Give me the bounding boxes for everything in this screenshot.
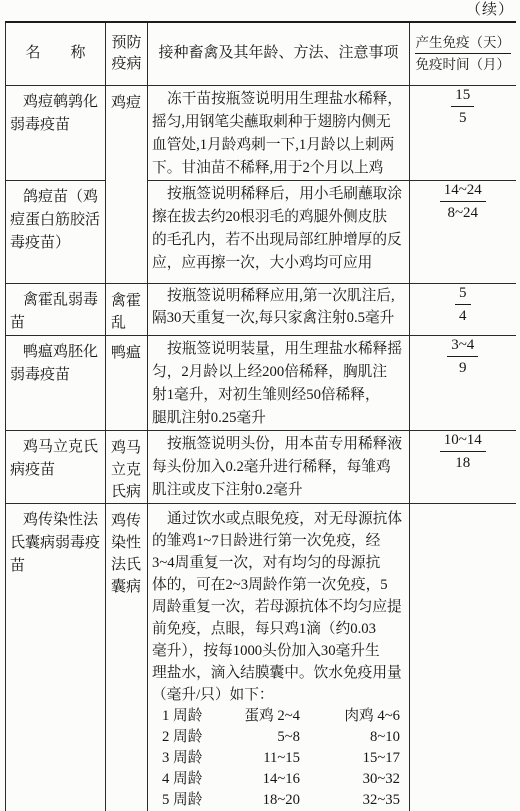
dosage-broiler-value: 肉鸡 4~6 (300, 706, 400, 727)
table-row: 鸽痘苗（鸡 痘蛋白筋胶活 毒疫苗） 按瓶签说明稀释后，用小毛刷蘸取涂 擦在拔去约… (6, 180, 516, 283)
dosage-layer-value: 蛋鸡 2~4 (226, 706, 300, 727)
immunity-months: 8~24 (440, 202, 486, 222)
vaccine-name: 鸡传染性法 氏囊病弱毒疫 苗 (6, 504, 105, 578)
disease-name: 鸭瘟 (106, 336, 147, 364)
dosage-table: 1 周龄 蛋鸡 2~4 肉鸡 4~6 2 周龄 5~8 8~10 3 周龄 11… (148, 706, 409, 811)
immunity-days: 15 (451, 86, 474, 107)
disease-name: 鸡马立克氏病 (106, 431, 147, 503)
method-cell: 按瓶签说明稀释应用,第一次肌注后, 隔30天重复一次,每只家禽注射0.5毫升 (148, 283, 410, 335)
immunity-fraction: 5 4 (455, 284, 471, 325)
vaccine-name-cell: 鸭瘟鸡胚化 弱毒疫苗 (6, 335, 106, 430)
dosage-broiler-value: 15~17 (300, 748, 400, 769)
method-cell: 按瓶签说明稀释后，用小毛刷蘸取涂 擦在拔去约20根羽毛的鸡腿外侧皮肤 的毛孔内，… (148, 180, 410, 283)
vaccine-name: 鸽痘苗（鸡 痘蛋白筋胶活 毒疫苗） (6, 181, 105, 255)
vaccine-name-cell: 鸡马立克氏 病疫苗 (6, 430, 106, 503)
method-notes: 按瓶签说明稀释后，用小毛刷蘸取涂 擦在拔去约20根羽毛的鸡腿外侧皮肤 的毛孔内，… (148, 181, 409, 275)
table-row: 鸡传染性法 氏囊病弱毒疫 苗 鸡传染性法氏囊病 通过饮水或点眼免疫，对无母源抗体… (6, 503, 516, 811)
immunity-cell-empty (410, 503, 516, 811)
immunity-days: 5 (455, 284, 471, 305)
immunity-cell: 14~24 8~24 (410, 180, 516, 283)
method-notes: 通过饮水或点眼免疫，对无母源抗体 的雏鸡1~7日龄进行第一次免疫，经 3~4周重… (148, 504, 409, 706)
col-header-name: 名 称 (6, 22, 106, 85)
dosage-age: 2 周龄 (162, 727, 226, 748)
immunity-days: 3~4 (447, 336, 478, 357)
vaccine-name-cell: 禽霍乱弱毒 苗 (6, 283, 106, 335)
dosage-layer-value: 5~8 (226, 727, 300, 748)
col-header-name-label: 名 称 (6, 43, 105, 64)
immunity-fraction: 10~14 18 (440, 431, 486, 472)
dosage-broiler-value: 8~10 (300, 727, 400, 748)
col-header-immunity: 产生免疫（天） 免疫时间（月） (410, 22, 516, 85)
col-header-method: 接种畜禽及其年龄、方法、注意事项 (148, 22, 410, 85)
table-header-row: 名 称 预防疫病 接种畜禽及其年龄、方法、注意事项 产生免疫（天） 免疫时间（月… (6, 22, 516, 85)
table-row: 鸭瘟鸡胚化 弱毒疫苗 鸭瘟 按瓶签说明装量，用生理盐水稀释摇 匀，2月龄以上经2… (6, 335, 516, 430)
disease-cell: 鸡马立克氏病 (106, 430, 148, 503)
vaccine-name: 鸡马立克氏 病疫苗 (6, 431, 105, 482)
vaccine-name: 鸡痘鹌鹑化 弱毒疫苗 (6, 86, 105, 137)
vaccine-name: 鸭瘟鸡胚化 弱毒疫苗 (6, 336, 105, 387)
immunity-cell: 3~4 9 (410, 335, 516, 430)
col-header-disease-label: 预防疫病 (106, 33, 147, 75)
immunity-months: 18 (440, 452, 486, 472)
disease-name: 鸡痘 (106, 86, 147, 114)
method-notes: 按瓶签说明装量，用生理盐水稀释摇 匀，2月龄以上经200倍稀释，胸肌注 射1毫升… (148, 336, 409, 430)
vaccine-name: 禽霍乱弱毒 苗 (6, 284, 105, 335)
disease-cell: 鸡痘 (106, 85, 148, 283)
immunity-header-days: 产生免疫（天） (415, 34, 512, 54)
immunity-months: 5 (451, 107, 474, 127)
disease-cell: 鸭瘟 (106, 335, 148, 430)
method-notes: 按瓶签说明头份，用本苗专用稀释液 每头份加入0.2毫升进行稀释，每雏鸡 肌注或皮… (148, 431, 409, 502)
immunity-months: 4 (455, 305, 471, 325)
immunity-cell: 15 5 (410, 85, 516, 180)
dosage-layer-value: 18~20 (226, 790, 300, 811)
method-cell: 按瓶签说明装量，用生理盐水稀释摇 匀，2月龄以上经200倍稀释，胸肌注 射1毫升… (148, 335, 410, 430)
method-cell: 冻干苗按瓶签说明用生理盐水稀释， 摇匀,用钢笔尖蘸取刺种于翅膀内侧无 血管处,1… (148, 85, 410, 180)
disease-cell: 鸡传染性法氏囊病 (106, 503, 148, 811)
vaccine-name-cell: 鸡传染性法 氏囊病弱毒疫 苗 (6, 503, 106, 811)
method-notes: 冻干苗按瓶签说明用生理盐水稀释， 摇匀,用钢笔尖蘸取刺种于翅膀内侧无 血管处,1… (148, 86, 409, 180)
col-header-method-label: 接种畜禽及其年龄、方法、注意事项 (148, 43, 409, 64)
dosage-age: 1 周龄 (162, 706, 226, 727)
vaccine-name-cell: 鸽痘苗（鸡 痘蛋白筋胶活 毒疫苗） (6, 180, 106, 283)
table-row: 鸡痘鹌鹑化 弱毒疫苗 鸡痘 冻干苗按瓶签说明用生理盐水稀释， 摇匀,用钢笔尖蘸取… (6, 85, 516, 180)
immunity-fraction: 3~4 9 (447, 336, 478, 377)
immunity-fraction: 14~24 8~24 (440, 181, 486, 222)
disease-cell: 禽霍乱 (106, 283, 148, 335)
dosage-broiler-value: 30~32 (300, 769, 400, 790)
dosage-layer-value: 11~15 (226, 748, 300, 769)
dosage-age: 3 周龄 (162, 748, 226, 769)
immunity-header-months: 免疫时间（月） (415, 54, 512, 73)
table-row: 鸡马立克氏 病疫苗 鸡马立克氏病 按瓶签说明头份，用本苗专用稀释液 每头份加入0… (6, 430, 516, 503)
dosage-layer-value: 14~16 (226, 769, 300, 790)
col-header-disease: 预防疫病 (106, 22, 148, 85)
disease-name: 禽霍乱 (106, 284, 147, 334)
immunity-cell: 5 4 (410, 283, 516, 335)
method-cell: 通过饮水或点眼免疫，对无母源抗体 的雏鸡1~7日龄进行第一次免疫，经 3~4周重… (148, 503, 410, 811)
immunity-months: 9 (447, 357, 478, 377)
dosage-age: 4 周龄 (162, 769, 226, 790)
immunity-cell: 10~14 18 (410, 430, 516, 503)
scanned-page: （续） 名 称 预防疫病 接种畜禽及其年龄、方法、注意事项 产生免疫（天） (0, 0, 520, 811)
dosage-broiler-value: 32~35 (300, 790, 400, 811)
immunity-header-fraction: 产生免疫（天） 免疫时间（月） (415, 34, 512, 73)
vaccine-name-cell: 鸡痘鹌鹑化 弱毒疫苗 (6, 85, 106, 180)
continued-label: （续） (0, 1, 520, 19)
method-cell: 按瓶签说明头份，用本苗专用稀释液 每头份加入0.2毫升进行稀释，每雏鸡 肌注或皮… (148, 430, 410, 503)
method-notes: 按瓶签说明稀释应用,第一次肌注后, 隔30天重复一次,每只家禽注射0.5毫升 (148, 284, 409, 329)
immunity-days: 14~24 (440, 181, 486, 202)
dosage-age: 5 周龄 (162, 790, 226, 811)
table-row: 禽霍乱弱毒 苗 禽霍乱 按瓶签说明稀释应用,第一次肌注后, 隔30天重复一次,每… (6, 283, 516, 335)
disease-name: 鸡传染性法氏囊病 (106, 504, 147, 598)
vaccination-table: 名 称 预防疫病 接种畜禽及其年龄、方法、注意事项 产生免疫（天） 免疫时间（月… (5, 21, 516, 811)
immunity-days: 10~14 (440, 431, 486, 452)
immunity-fraction: 15 5 (451, 86, 474, 127)
